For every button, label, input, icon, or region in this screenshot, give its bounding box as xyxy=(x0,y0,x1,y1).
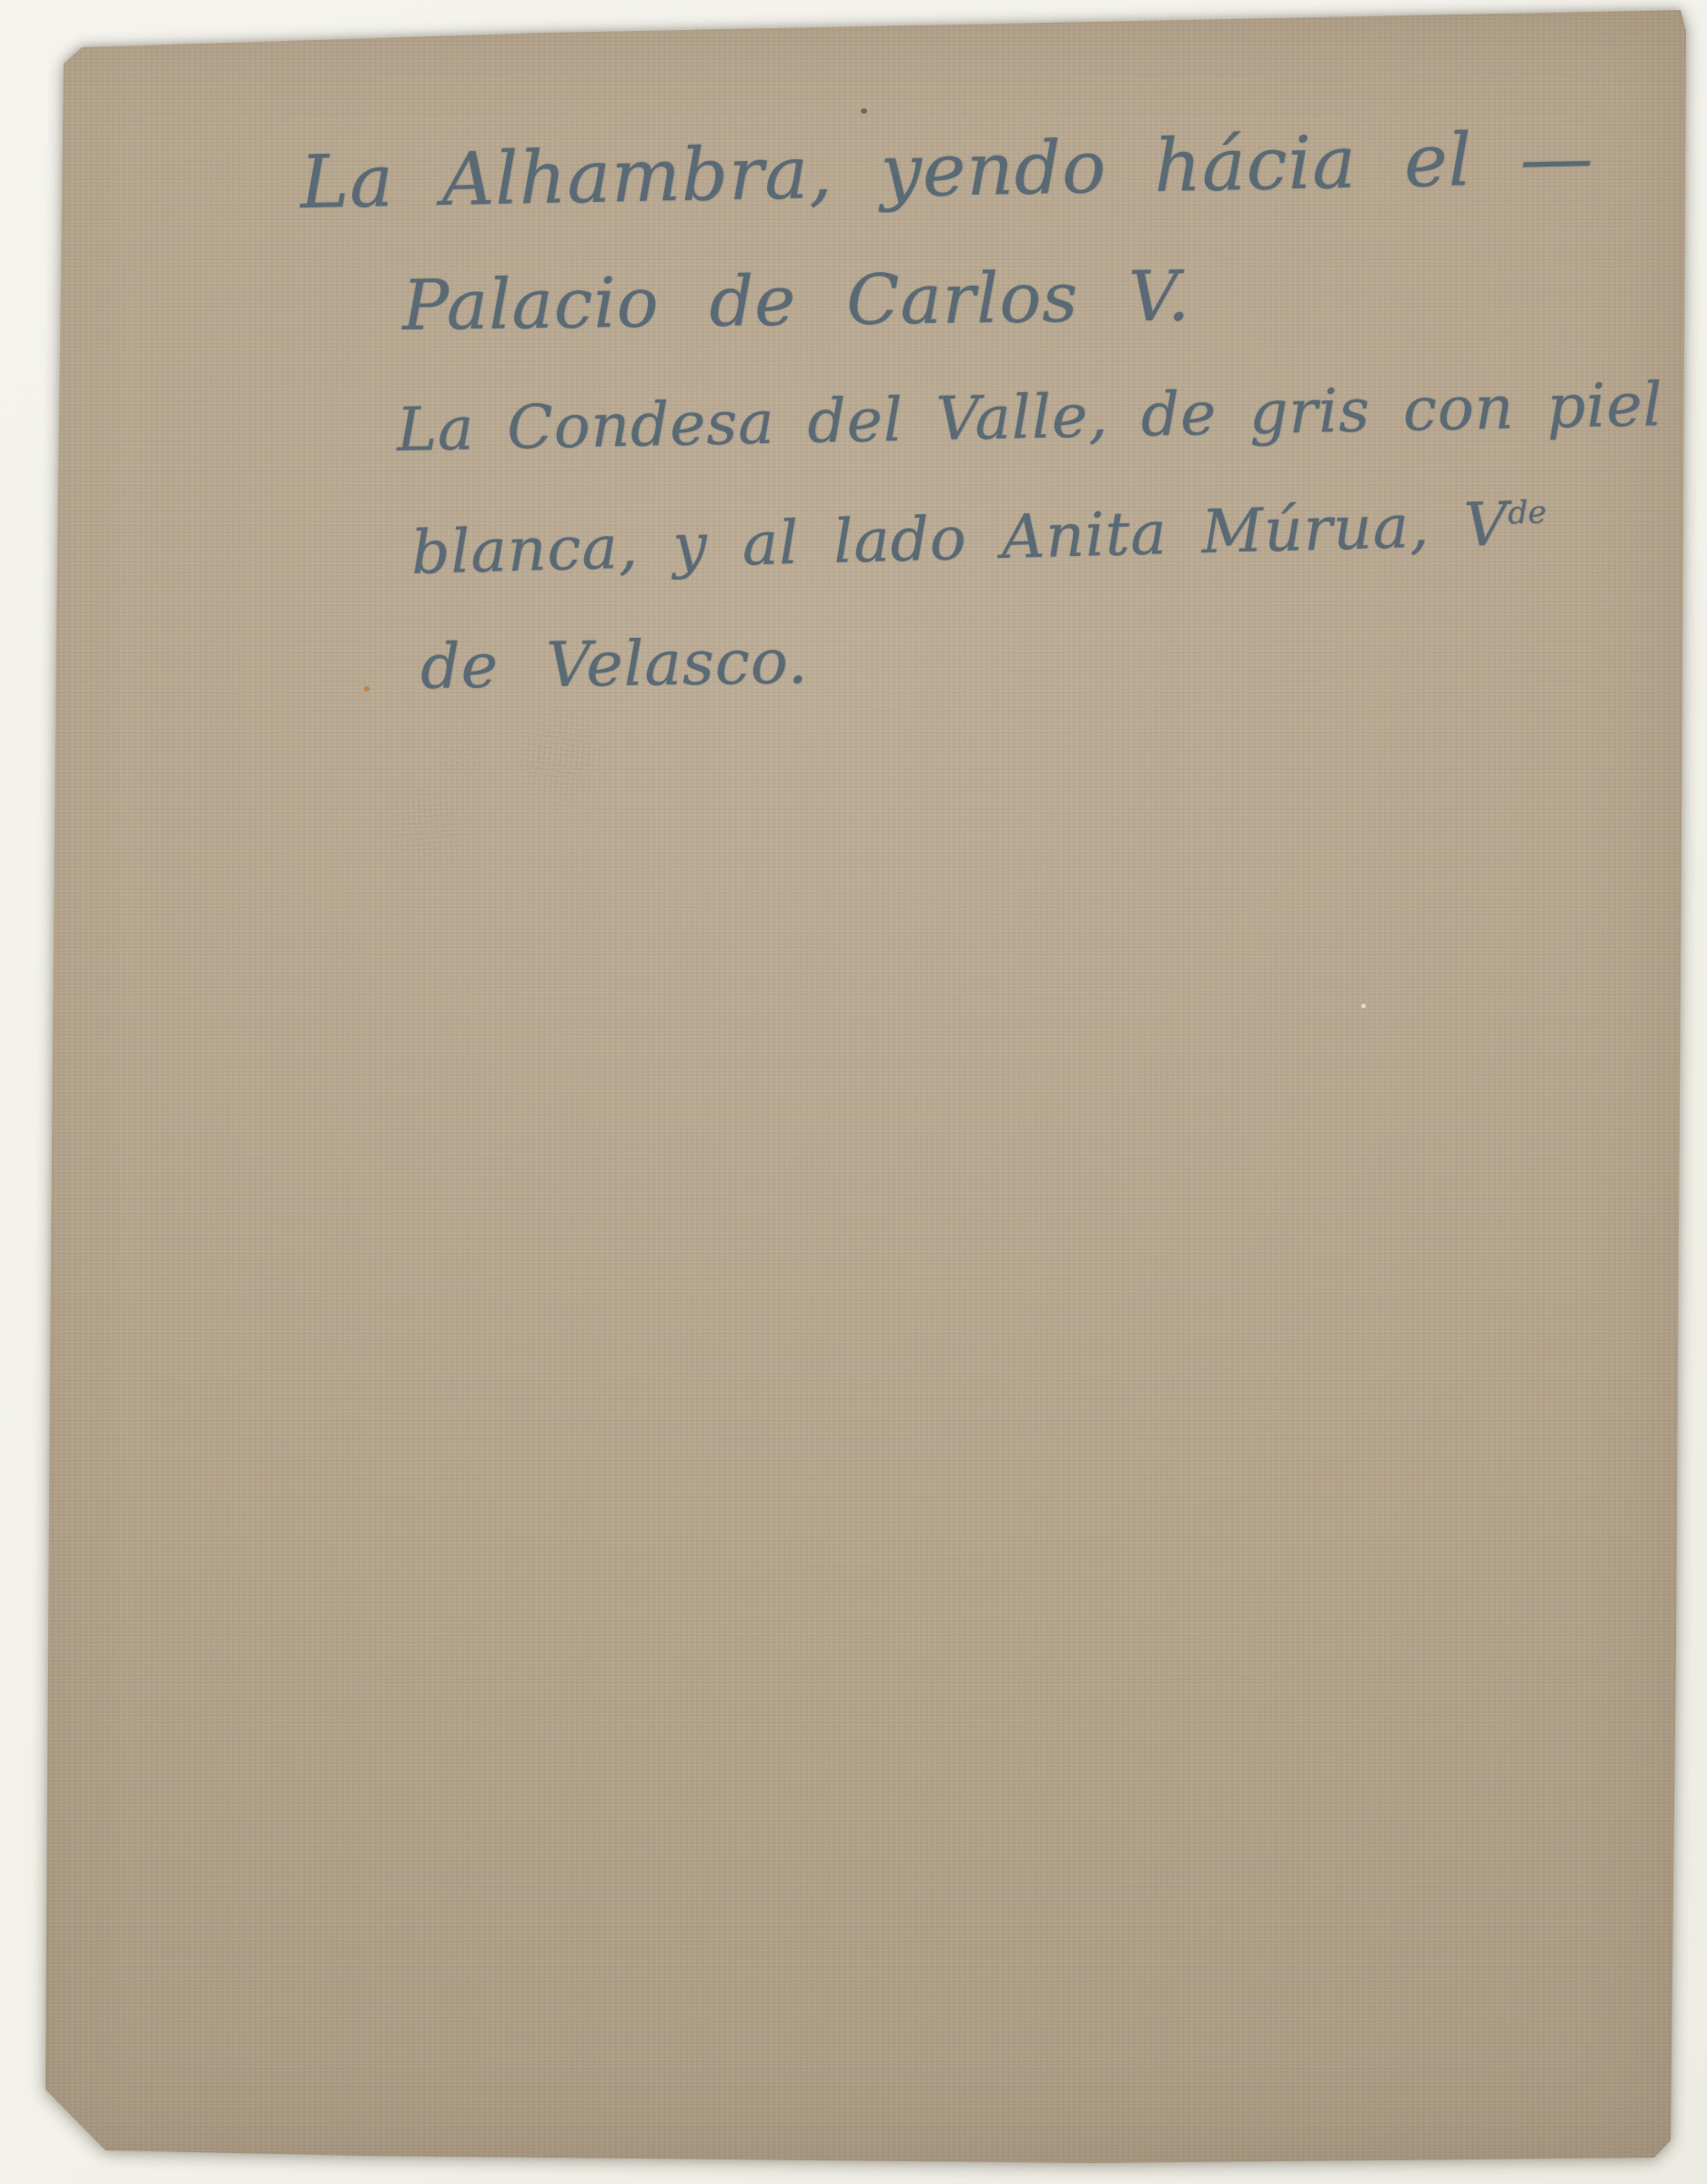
paper-speck xyxy=(364,686,369,692)
handwritten-line-3: La Condesa del Valle, de gris con piel xyxy=(396,369,1663,465)
paper-speck xyxy=(1361,1004,1366,1008)
paper-fiber-scratch xyxy=(32,561,53,637)
handwritten-line-2: Palacio de Carlos V. xyxy=(401,255,1190,346)
scanned-document: La Alhambra, yendo hácia el — Palacio de… xyxy=(0,0,1707,2184)
paper-speck xyxy=(861,108,867,114)
paper-sheet: La Alhambra, yendo hácia el — Palacio de… xyxy=(0,0,1707,2184)
handwritten-line-5: de Velasco. xyxy=(419,626,808,703)
paper-shadow-wrap: La Alhambra, yendo hácia el — Palacio de… xyxy=(0,0,1707,2184)
handwritten-line-4: blanca, y al lado Anita Múrua, Vde xyxy=(410,488,1548,588)
handwritten-line-1: La Alhambra, yendo hácia el — xyxy=(299,116,1594,225)
handwritten-line-4-main: blanca, y al lado Anita Múrua, V xyxy=(410,489,1509,588)
handwritten-line-4-superscript: de xyxy=(1508,494,1547,531)
ink-smudge xyxy=(495,694,620,819)
